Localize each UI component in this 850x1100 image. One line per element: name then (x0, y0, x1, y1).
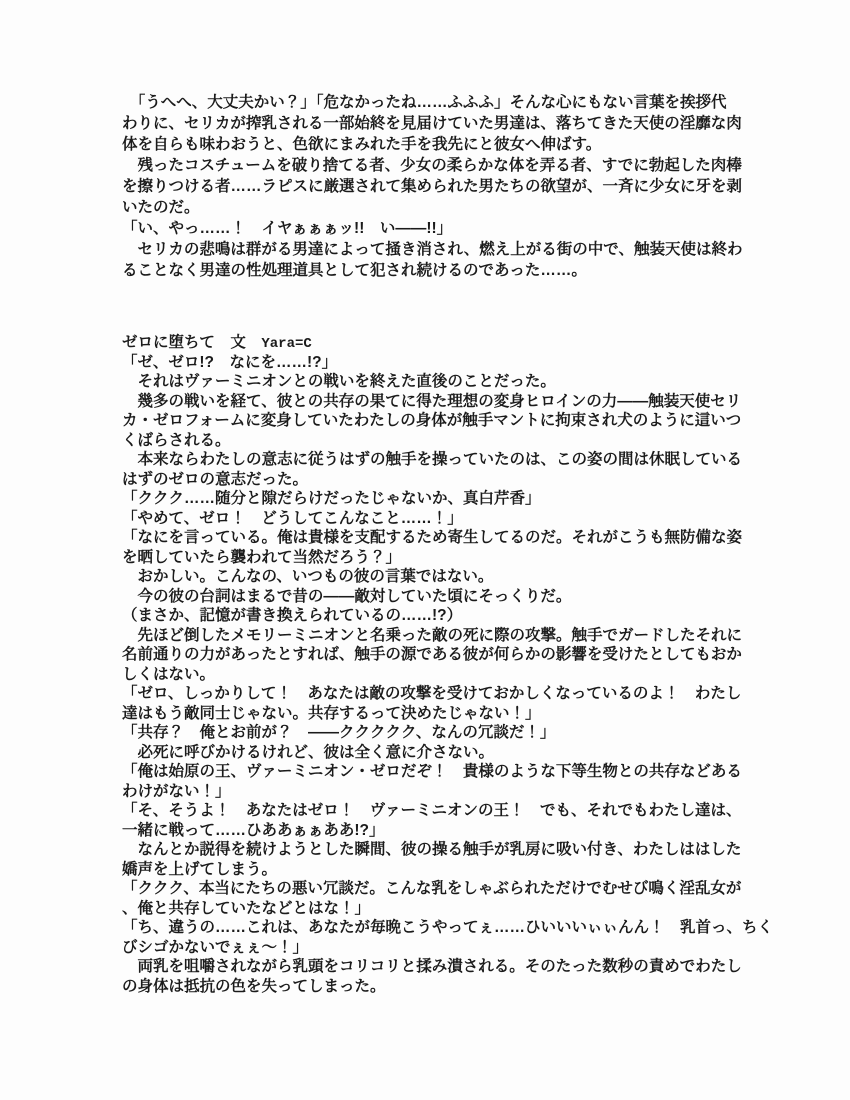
text-line: 「うへへ、大丈夫かい？」「危なかったね……ふふふ」そんな心にもない言葉を挨拶代 (122, 92, 782, 113)
text-line: なんとか説得を続けようとした瞬間、彼の操る触手が乳房に吸い付き、わたしははした (122, 840, 782, 860)
text-line: カ・ゼロフォームに変身していたわたしの身体が触手マントに拘束され犬のように這いつ (122, 411, 782, 431)
text-line: 必死に呼びかけるけれど、彼は全く意に介さない。 (122, 743, 782, 763)
text-line: 体を自らも味わおうと、色欲にまみれた手を我先にと彼女へ伸ばす。 (122, 134, 782, 155)
text-line: 「ゼロ、しっかりして！ あなたは敵の攻撃を受けておかしくなっているのよ！ わたし (122, 684, 782, 704)
text-line: 幾多の戦いを経て、彼との共存の果てに得た理想の変身ヒロインの力――触装天使セリ (122, 392, 782, 412)
text-line: 一緒に戦って……ひああぁぁああ!?」 (122, 821, 782, 841)
text-line: おかしい。こんなの、いつもの彼の言葉ではない。 (122, 567, 782, 587)
text-line: の身体は抵抗の色を失ってしまった。 (122, 977, 782, 997)
heading-author: Yara=C (261, 336, 311, 352)
text-line: セリカの悲鳴は群がる男達によって掻き消され、燃え上がる街の中で、触装天使は終わ (122, 239, 782, 260)
text-line: 本来ならわたしの意志に従うはずの触手を操っていたのは、この姿の間は休眠している (122, 450, 782, 470)
text-line: 「ククク、本当にたちの悪い冗談だ。こんな乳をしゃぶられただけでむせび鳴く淫乱女が (122, 879, 782, 899)
text-line: しくはない。 (122, 665, 782, 685)
text-line: 、俺と共存していたなどとはな！」 (122, 899, 782, 919)
text-line: 「俺は始原の王、ヴァーミニオン・ゼロだぞ！ 貴様のような下等生物との共存などある (122, 762, 782, 782)
story-part-1: 「うへへ、大丈夫かい？」「危なかったね……ふふふ」そんな心にもない言葉を挨拶代わ… (122, 92, 782, 281)
scanned-document-page: 「うへへ、大丈夫かい？」「危なかったね……ふふふ」そんな心にもない言葉を挨拶代わ… (0, 0, 850, 1100)
text-line: 残ったコスチュームを破り捨てる者、少女の柔らかな体を弄る者、すでに勃起した肉棒 (122, 155, 782, 176)
text-line: はずのゼロの意志だった。 (122, 470, 782, 490)
text-line: ることなく男達の性処理道具として犯され続けるのであった……。 (122, 260, 782, 281)
text-line: （まさか、記憶が書き換えられているの……!?） (122, 606, 782, 626)
text-line: 「そ、そうよ！ あなたはゼロ！ ヴァーミニオンの王！ でも、それでもわたし達は、 (122, 801, 782, 821)
story-part-2: ゼロに堕ちて 文 Yara=C 「ゼ、ゼロ!? なにを……!?」 それはヴァーミ… (122, 333, 782, 996)
text-line: 「なにを言っている。俺は貴様を支配するため寄生してるのだ。それがこうも無防備な姿 (122, 528, 782, 548)
text-line: びシゴかないでぇぇ～！」 (122, 938, 782, 958)
text-line: 「い、やっ……！ イヤぁぁぁッ!! い――!!」 (122, 218, 782, 239)
heading-title: ゼロに堕ちて 文 (122, 334, 261, 351)
text-line: 今の彼の台詞はまるで昔の――敵対していた頃にそっくりだ。 (122, 587, 782, 607)
text-line: 「ち、違うの……これは、あなたが毎晩こうやってぇ……ひいいいぃぃんん！ 乳首っ、… (122, 918, 782, 938)
text-line: 名前通りの力があったとすれば、触手の源である彼が何らかの影響を受けたとしてもおか (122, 645, 782, 665)
text-line: 「ゼ、ゼロ!? なにを……!?」 (122, 353, 782, 373)
text-line: 先ほど倒したメモリーミニオンと名乗った敵の死に際の攻撃。触手でガードしたそれに (122, 626, 782, 646)
story-heading: ゼロに堕ちて 文 Yara=C (122, 333, 782, 353)
text-line: わけがない！」 (122, 782, 782, 802)
text-line: 「ククク……随分と隙だらけだったじゃないか、真白芹香」 (122, 489, 782, 509)
text-line: いたのだ。 (122, 197, 782, 218)
text-line: を擦りつける者……ラピスに厳選されて集められた男たちの欲望が、一斉に少女に牙を剥 (122, 176, 782, 197)
text-line: 達はもう敵同士じゃない。共存するって決めたじゃない！」 (122, 704, 782, 724)
story-part-2-lines: 「ゼ、ゼロ!? なにを……!?」 それはヴァーミニオンとの戦いを終えた直後のこと… (122, 353, 782, 997)
text-line: 嬌声を上げてしまう。 (122, 860, 782, 880)
text-line: 「やめて、ゼロ！ どうしてこんなこと……！」 (122, 509, 782, 529)
text-line: わりに、セリカが搾乳される一部始終を見届けていた男達は、落ちてきた天使の淫靡な肉 (122, 113, 782, 134)
text-line: それはヴァーミニオンとの戦いを終えた直後のことだった。 (122, 372, 782, 392)
text-line: 両乳を咀嚼されながら乳頭をコリコリと揉み潰される。そのたった数秒の責めでわたし (122, 957, 782, 977)
text-line: くばらされる。 (122, 431, 782, 451)
text-line: 「共存？ 俺とお前が？ ――ククククク、なんの冗談だ！」 (122, 723, 782, 743)
text-line: を晒していたら襲われて当然だろう？」 (122, 548, 782, 568)
